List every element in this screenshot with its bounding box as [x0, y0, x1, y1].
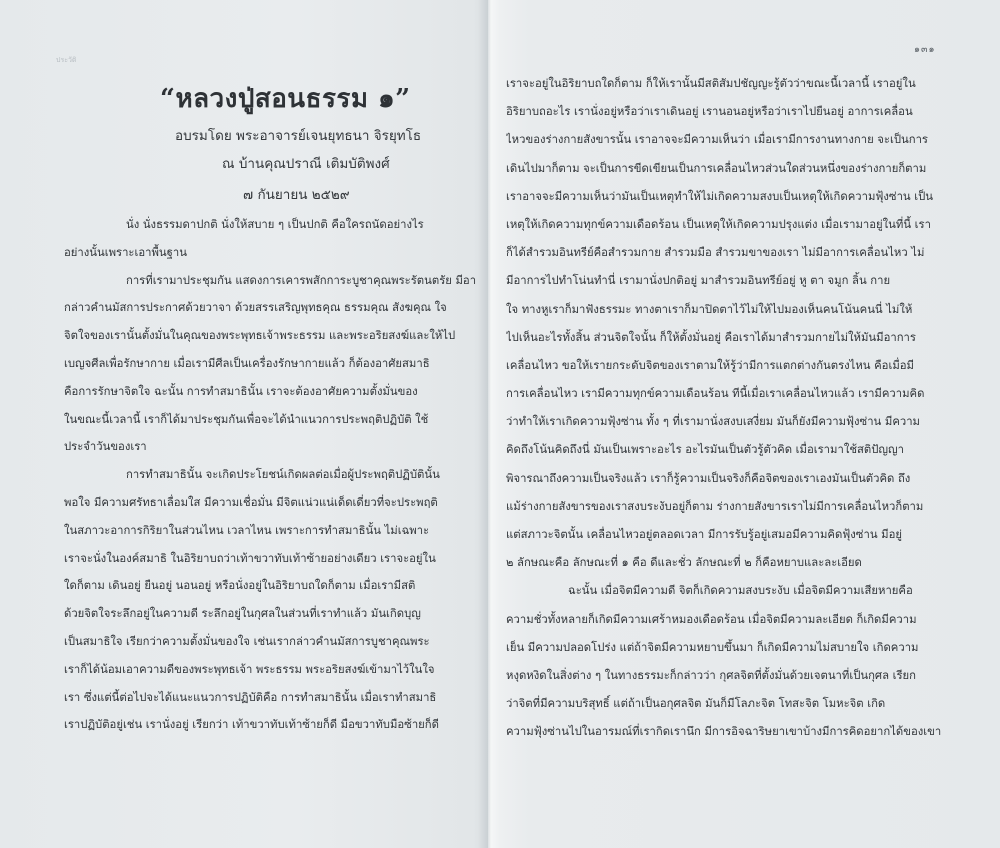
subtitle-date: ๗ กันยายน ๒๕๒๙: [243, 183, 350, 205]
text-line: เคลื่อนไหว ขอให้เรายกระดับจิตของเราตามให…: [506, 352, 946, 380]
text-line: จิตใจของเรานั้นตั้งมั่นในคุณของพระพุทธเจ…: [64, 322, 482, 350]
text-line: ไปเห็นอะไรทั้งสิ้น ส่วนจิตใจนั้น ก็ให้ตั…: [506, 324, 946, 352]
text-line: เราจะนั่งในองค์สมาธิ ในอิริยาบถว่าเท้าขว…: [64, 545, 482, 573]
text-line: เหตุให้เกิดความทุกข์ความเดือดร้อน เป็นเห…: [506, 211, 946, 239]
text-line: มีอาการไปทำโน่นทำนี่ เรามานั่งปกติอยู่ ม…: [506, 267, 946, 295]
text-line: ใจ ทางหูเราก็มาฟังธรรมะ ทางตาเราก็มาปิดต…: [506, 296, 946, 324]
subtitle-location: ณ บ้านคุณปราณี เติมบัติพงศ์: [222, 152, 390, 174]
subtitle-teacher: อบรมโดย พระอาจารย์เจนยุทธนา จิรยุทโธ: [175, 124, 421, 146]
text-line: ว่าจิตที่มีความบริสุทธิ์ แต่ถ้าเป็นอกุศล…: [506, 690, 946, 718]
text-line: ไหวของร่างกายสังขารนั้น เราอาจจะมีความเห…: [506, 126, 946, 154]
text-line: ๒ ลักษณะคือ ลักษณะที่ ๑ คือ ดีและชั่ว ลั…: [506, 549, 946, 577]
open-book-spread: ประวัติ “หลวงปู่สอนธรรม ๑” อบรมโดย พระอา…: [0, 0, 1000, 848]
text-line: เป็นสมาธิใจ เรียกว่าความตั้งมั่นของใจ เช…: [64, 628, 482, 656]
text-line: ในขณะนี้เวลานี้ เราก็ได้มาประชุมกันเพื่อ…: [64, 406, 482, 434]
right-page-body: เราจะอยู่ในอิริยาบถใดก็ตาม ก็ให้เรานั้นม…: [506, 70, 946, 747]
text-line: ความฟุ้งซ่านไปในอารมณ์ที่เรากิดเรานึก มี…: [506, 718, 946, 746]
text-line: พอใจ มีความศรัทธาเลื่อมใส มีความเชื่อมั่…: [64, 489, 482, 517]
text-line: อย่างนั้นเพราะเอาพื้นฐาน: [64, 239, 482, 267]
text-line: ความชั่วทั้งหลายก็เกิดมีความเศร้าหมองเดื…: [506, 606, 946, 634]
text-line: การที่เรามาประชุมกัน แสดงการเคารพสักการะ…: [64, 267, 482, 295]
chapter-title: “หลวงปู่สอนธรรม ๑”: [160, 78, 460, 119]
text-line: เราจะอยู่ในอิริยาบถใดก็ตาม ก็ให้เรานั้นม…: [506, 70, 946, 98]
text-line: เราก็ได้น้อมเอาความดีของพระพุทธเจ้า พระธ…: [64, 656, 482, 684]
text-line: เรา ซึ่งแต่นี้ต่อไปจะได้แนะแนวการปฏิบัติ…: [64, 684, 482, 712]
right-page: ๑๓๑ เราจะอยู่ในอิริยาบถใดก็ตาม ก็ให้เราน…: [488, 0, 1000, 848]
text-line: การเคลื่อนไหว เรามีความทุกข์ความเดือนร้อ…: [506, 380, 946, 408]
text-line: เบญจศีลเพื่อรักษากาย เมื่อเรามีศีลเป็นเค…: [64, 350, 482, 378]
text-line: การทำสมาธินั้น จะเกิดประโยชน์เกิดผลต่อเม…: [64, 461, 482, 489]
text-line: แม้ร่างกายสังขารของเราสงบระงับอยู่ก็ตาม …: [506, 493, 946, 521]
text-line: ใดก็ตาม เดินอยู่ ยืนอยู่ นอนอยู่ หรือนั่…: [64, 572, 482, 600]
text-line: คิดถึงโน้นคิดถึงนี่ มันเป็นเพราะอะไร อะไ…: [506, 436, 946, 464]
text-line: เย็น มีความปลอดโปร่ง แต่ถ้าจิตมีความหยาบ…: [506, 634, 946, 662]
left-page: ประวัติ “หลวงปู่สอนธรรม ๑” อบรมโดย พระอา…: [0, 0, 488, 848]
text-line: ฉะนั้น เมื่อจิตมีความดี จิตก็เกิดความสงบ…: [506, 577, 946, 605]
text-line: คือการรักษาจิตใจ ฉะนั้น การทำสมาธินั้น เ…: [64, 378, 482, 406]
text-line: ก็ได้สำรวมอินทรีย์คือสำรวมกาย สำรวมมือ ส…: [506, 239, 946, 267]
text-line: หงุดหงิดในสิ่งต่าง ๆ ในทางธรรมะก็กล่าวว่…: [506, 662, 946, 690]
text-line: กล่าวคำนมัสการประกาศด้วยวาจา ด้วยสรรเสริ…: [64, 294, 482, 322]
text-line: เราอาจจะมีความเห็นว่ามันเป็นเหตุทำให้ไม่…: [506, 183, 946, 211]
text-line: พิจารณาถึงความเป็นจริงแล้ว เราก็รู้ความเ…: [506, 465, 946, 493]
text-line: อิริยาบถอะไร เรานั่งอยู่หรือว่าเราเดินอย…: [506, 98, 946, 126]
text-line: นั่ง นั่งธรรมดาปกติ นั่งให้สบาย ๆ เป็นปก…: [64, 211, 482, 239]
running-header: ประวัติ: [56, 55, 76, 66]
page-number: ๑๓๑: [914, 42, 936, 57]
left-page-body: นั่ง นั่งธรรมดาปกติ นั่งให้สบาย ๆ เป็นปก…: [64, 211, 482, 739]
text-line: แต่สภาวะจิตนั้น เคลื่อนไหวอยู่ตลอดเวลา ม…: [506, 521, 946, 549]
text-line: ด้วยจิตใจระลึกอยู่ในความดี ระลึกอยู่ในกุ…: [64, 600, 482, 628]
text-line: ว่าทำให้เราเกิดความฟุ้งซ่าน ทั้ง ๆ ที่เร…: [506, 408, 946, 436]
text-line: เดินไปมาก็ตาม จะเป็นการขีดเขียนเป็นการเค…: [506, 155, 946, 183]
text-line: เราปฏิบัติอยู่เช่น เรานั่งอยู่ เรียกว่า …: [64, 711, 482, 739]
text-line: ประจำวันของเรา: [64, 433, 482, 461]
text-line: ในสภาวะอาการกิริยาในส่วนไหน เวลาไหน เพรา…: [64, 517, 482, 545]
